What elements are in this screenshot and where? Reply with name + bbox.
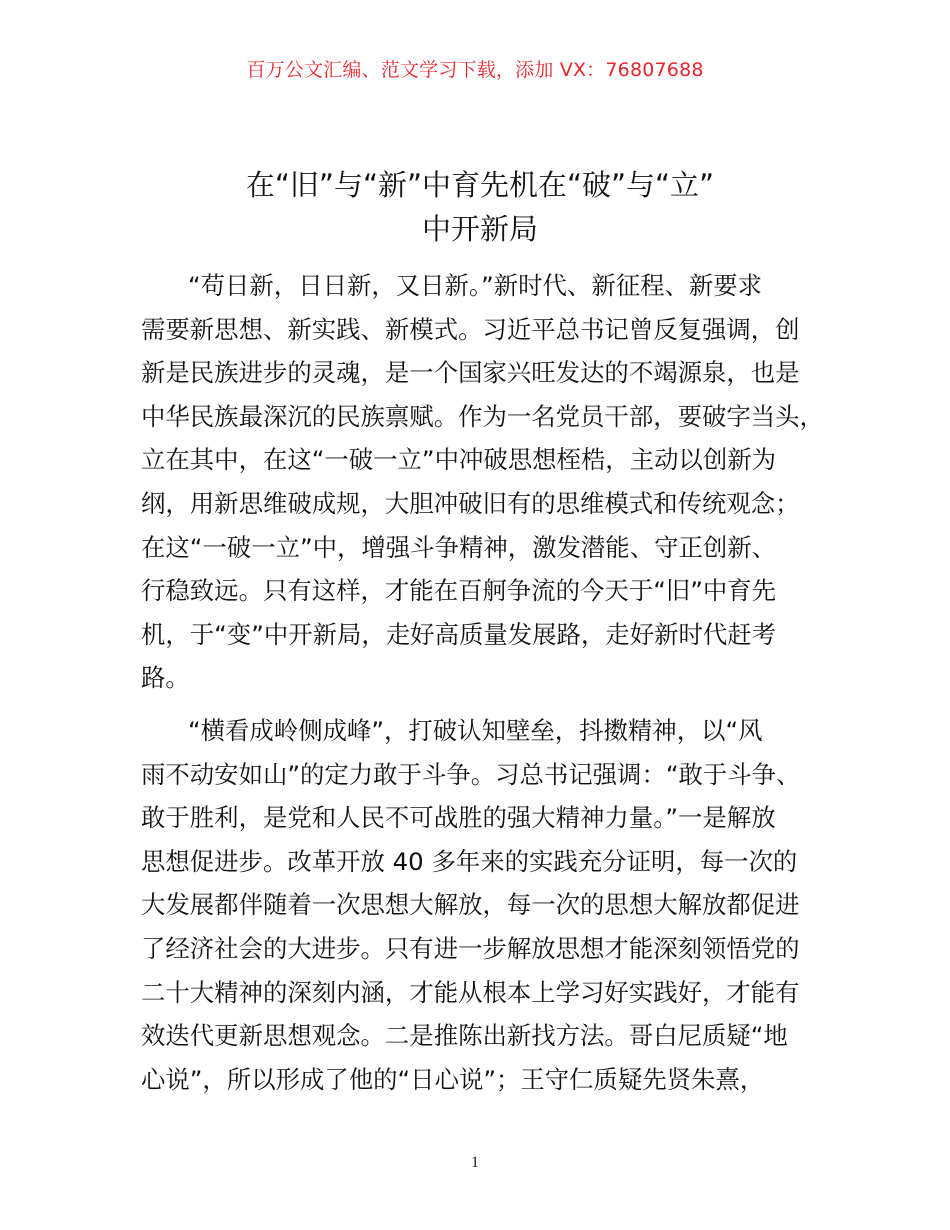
paragraph-line: 纲，用新思维破成规，大胆冲破旧有的思维模式和传统观念； — [141, 482, 821, 526]
title-line: 在“旧”与“新”中育先机在“破”与“立” — [140, 163, 820, 207]
title-line: 中开新局 — [140, 207, 820, 251]
paragraph-line: 雨不动安如山”的定力敢于斗争。习总书记强调：“敢于斗争、 — [141, 753, 821, 797]
paragraph-line: 立在其中，在这“一破一立”中冲破思想桎梏，主动以创新为 — [141, 438, 821, 482]
paragraph-line: 路。 — [141, 656, 821, 700]
paragraph-line: 需要新思想、新实践、新模式。习近平总书记曾反复强调，创 — [141, 308, 821, 352]
document-title: 在“旧”与“新”中育先机在“破”与“立” 中开新局 — [140, 163, 820, 251]
paragraph-line: 在这“一破一立”中，增强斗争精神，激发潜能、守正创新、 — [141, 526, 821, 570]
paragraph-line: 了经济社会的大进步。只有进一步解放思想才能深刻领悟党的 — [141, 927, 821, 971]
document-page: 百万公文汇编、范文学习下载，添加 VX：76807688 在“旧”与“新”中育先… — [0, 0, 950, 1230]
paragraph-line: 大发展都伴随着一次思想大解放，每一次的思想大解放都促进 — [141, 883, 821, 927]
paragraph-line: 行稳致远。只有这样，才能在百舸争流的今天于“旧”中育先 — [141, 569, 821, 613]
paragraph-line: 敢于胜利，是党和人民不可战胜的强大精神力量。”一是解放 — [141, 796, 821, 840]
paragraph-line: 思想促进步。改革开放 40 多年来的实践充分证明，每一次的 — [141, 840, 821, 884]
paragraph-line: 心说”，所以形成了他的“日心说”；王守仁质疑先贤朱熹， — [141, 1058, 821, 1102]
header-banner: 百万公文汇编、范文学习下载，添加 VX：76807688 — [0, 56, 950, 84]
paragraph-1: “苟日新，日日新，又日新。”新时代、新征程、新要求 需要新思想、新实践、新模式。… — [141, 264, 821, 700]
paragraph-line: “横看成岭侧成峰”，打破认知壁垒，抖擞精神，以“风 — [141, 709, 821, 753]
paragraph-line: 中华民族最深沉的民族禀赋。作为一名党员干部，要破字当头， — [141, 395, 821, 439]
paragraph-line: “苟日新，日日新，又日新。”新时代、新征程、新要求 — [141, 264, 821, 308]
paragraph-line: 机，于“变”中开新局，走好高质量发展路，走好新时代赶考 — [141, 613, 821, 657]
page-number: 1 — [0, 1154, 950, 1172]
paragraph-line: 新是民族进步的灵魂，是一个国家兴旺发达的不竭源泉，也是 — [141, 351, 821, 395]
paragraph-2: “横看成岭侧成峰”，打破认知壁垒，抖擞精神，以“风 雨不动安如山”的定力敢于斗争… — [141, 709, 821, 1101]
paragraph-line: 效迭代更新思想观念。二是推陈出新找方法。哥白尼质疑“地 — [141, 1014, 821, 1058]
paragraph-line: 二十大精神的深刻内涵，才能从根本上学习好实践好，才能有 — [141, 971, 821, 1015]
